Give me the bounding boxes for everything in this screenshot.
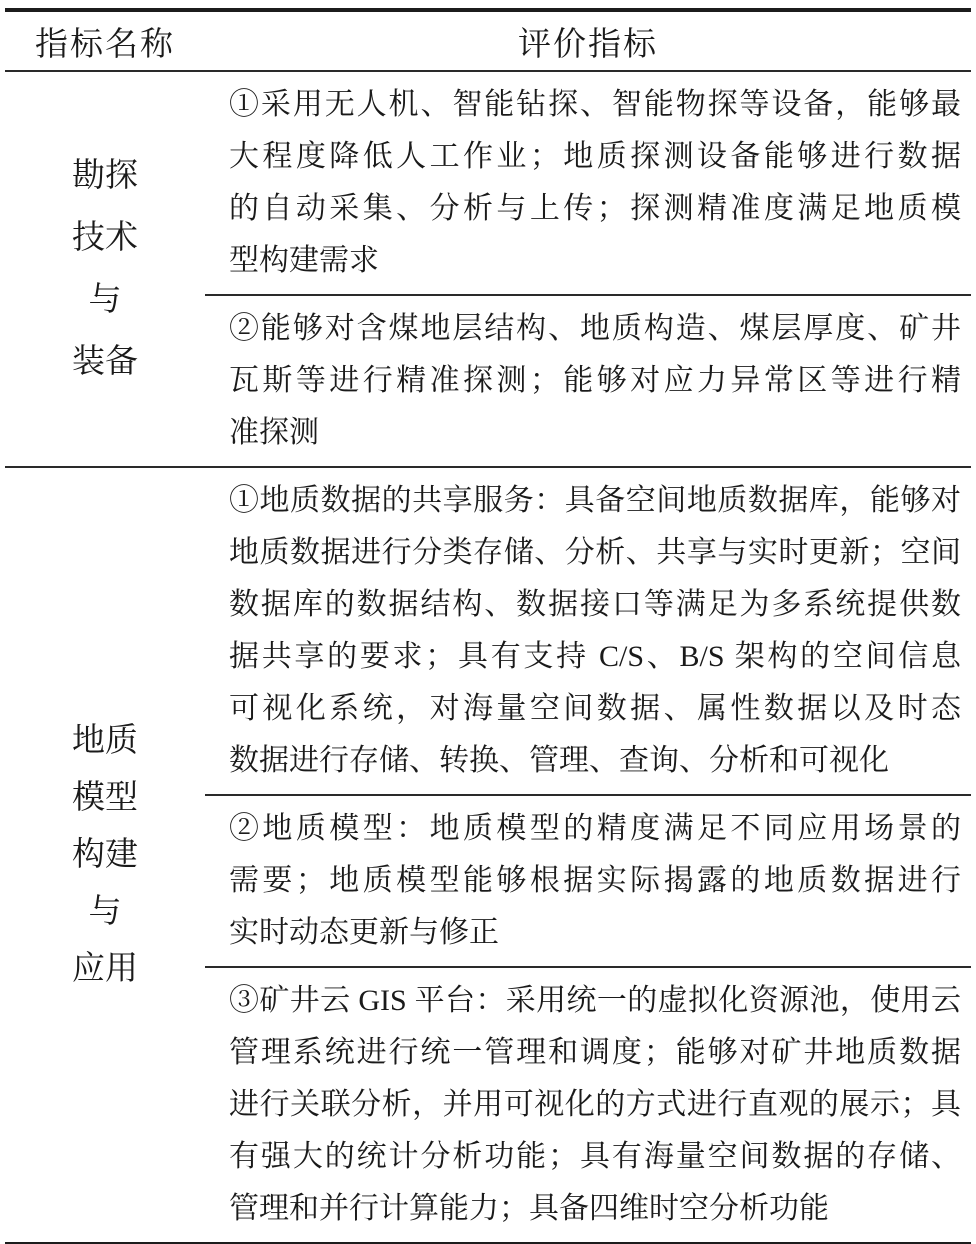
- evaluation-indicator-table: 指标名称 评价指标 勘探技术与装备①采用无人机、智能钻探、智能物探等设备，能够最…: [5, 8, 971, 1244]
- page: 指标名称 评价指标 勘探技术与装备①采用无人机、智能钻探、智能物探等设备，能够最…: [0, 0, 976, 1244]
- evaluation-item-text-line: ①采用无人机、智能钻探、智能物探等设备，能够最: [229, 79, 961, 131]
- column-header-evaluation-indicator: 评价指标: [205, 18, 971, 65]
- evaluation-item-text-line: ①地质数据的共享服务：具备空间地质数据库，能够对: [229, 475, 961, 527]
- table-header-row: 指标名称 评价指标: [5, 12, 971, 72]
- evaluation-item-text-line: 管理系统进行统一管理和调度；能够对矿井地质数据: [229, 1027, 961, 1079]
- table-section: 勘探技术与装备①采用无人机、智能钻探、智能物探等设备，能够最大程度降低人工作业；…: [5, 72, 971, 466]
- evaluation-item-cell: ②地质模型：地质模型的精度满足不同应用场景的需要；地质模型能够根据实际揭露的地质…: [205, 794, 971, 966]
- indicator-name-line: 构建: [72, 827, 138, 884]
- indicator-name-line: 地质: [72, 713, 138, 770]
- indicator-name-line: 技术: [72, 207, 138, 269]
- indicator-name-cell: 勘探技术与装备: [5, 72, 205, 466]
- evaluation-item-text-line: 型构建需求: [229, 235, 961, 287]
- indicator-name-line: 与: [89, 269, 122, 331]
- evaluation-item-text-line: 可视化系统，对海量空间数据、属性数据以及时态: [229, 683, 961, 735]
- evaluation-item-cell: ②能够对含煤地层结构、地质构造、煤层厚度、矿井瓦斯等进行精准探测；能够对应力异常…: [205, 294, 971, 466]
- indicator-name-line: 与: [89, 884, 122, 941]
- evaluation-item-text-line: 数据进行存储、转换、管理、查询、分析和可视化: [229, 735, 961, 787]
- evaluation-item-text-line: 大程度降低人工作业；地质探测设备能够进行数据: [229, 131, 961, 183]
- evaluation-item-text-line: 有强大的统计分析功能；具有海量空间数据的存储、: [229, 1131, 961, 1183]
- evaluation-item-text-line: 地质数据进行分类存储、分析、共享与实时更新；空间: [229, 527, 961, 579]
- evaluation-item-text-line: 准探测: [229, 407, 961, 459]
- indicator-name-line: 模型: [72, 770, 138, 827]
- indicator-name-cell: 地质模型构建与应用: [5, 468, 205, 1242]
- indicator-name-line: 装备: [72, 331, 138, 393]
- evaluation-items: ①采用无人机、智能钻探、智能物探等设备，能够最大程度降低人工作业；地质探测设备能…: [205, 72, 971, 466]
- evaluation-item-cell: ①采用无人机、智能钻探、智能物探等设备，能够最大程度降低人工作业；地质探测设备能…: [205, 72, 971, 294]
- evaluation-item-text-line: ③矿井云 GIS 平台：采用统一的虚拟化资源池，使用云: [229, 975, 961, 1027]
- evaluation-item-text-line: 的自动采集、分析与上传；探测精准度满足地质模: [229, 183, 961, 235]
- evaluation-item-text-line: 实时动态更新与修正: [229, 907, 961, 959]
- evaluation-item-text-line: 瓦斯等进行精准探测；能够对应力异常区等进行精: [229, 355, 961, 407]
- evaluation-item-text-line: 进行关联分析，并用可视化的方式进行直观的展示；具: [229, 1079, 961, 1131]
- evaluation-item-cell: ①地质数据的共享服务：具备空间地质数据库，能够对地质数据进行分类存储、分析、共享…: [205, 468, 971, 794]
- evaluation-item-text-line: 据共享的要求；具有支持 C/S、B/S 架构的空间信息: [229, 631, 961, 683]
- evaluation-item-cell: ③矿井云 GIS 平台：采用统一的虚拟化资源池，使用云管理系统进行统一管理和调度…: [205, 966, 971, 1242]
- evaluation-item-text-line: 数据库的数据结构、数据接口等满足为多系统提供数: [229, 579, 961, 631]
- evaluation-items: ①地质数据的共享服务：具备空间地质数据库，能够对地质数据进行分类存储、分析、共享…: [205, 468, 971, 1242]
- table-body: 勘探技术与装备①采用无人机、智能钻探、智能物探等设备，能够最大程度降低人工作业；…: [5, 72, 971, 1242]
- column-header-indicator-name: 指标名称: [5, 18, 205, 65]
- indicator-name-line: 勘探: [72, 145, 138, 207]
- evaluation-item-text-line: ②地质模型：地质模型的精度满足不同应用场景的: [229, 803, 961, 855]
- indicator-name-line: 应用: [72, 941, 138, 998]
- evaluation-item-text-line: ②能够对含煤地层结构、地质构造、煤层厚度、矿井: [229, 303, 961, 355]
- evaluation-item-text-line: 需要；地质模型能够根据实际揭露的地质数据进行: [229, 855, 961, 907]
- table-section: 地质模型构建与应用①地质数据的共享服务：具备空间地质数据库，能够对地质数据进行分…: [5, 466, 971, 1242]
- evaluation-item-text-line: 管理和并行计算能力；具备四维时空分析功能: [229, 1183, 961, 1235]
